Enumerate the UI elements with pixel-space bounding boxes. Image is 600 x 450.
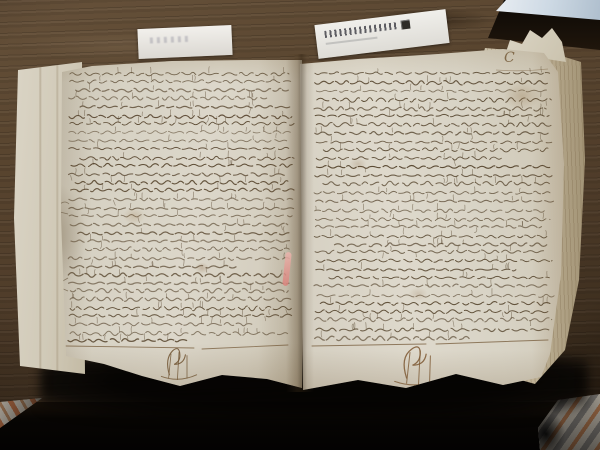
notary-flourish-right bbox=[395, 347, 443, 385]
barcode-stamp-icon bbox=[401, 20, 411, 30]
closing-rule-right bbox=[312, 340, 548, 346]
folio-mark-underline bbox=[496, 69, 548, 71]
left-page bbox=[52, 56, 304, 390]
pencil-marks bbox=[150, 36, 192, 44]
gutter-shadow bbox=[286, 54, 314, 392]
handwriting-right bbox=[298, 44, 570, 396]
paper-slip-tab bbox=[137, 25, 232, 59]
manuscript-photo: C bbox=[0, 0, 600, 450]
handwriting-left bbox=[52, 56, 304, 390]
notary-flourish-left bbox=[161, 349, 196, 380]
right-page: C bbox=[298, 44, 570, 396]
label-digits bbox=[324, 22, 398, 38]
folio-mark: C bbox=[504, 50, 515, 66]
